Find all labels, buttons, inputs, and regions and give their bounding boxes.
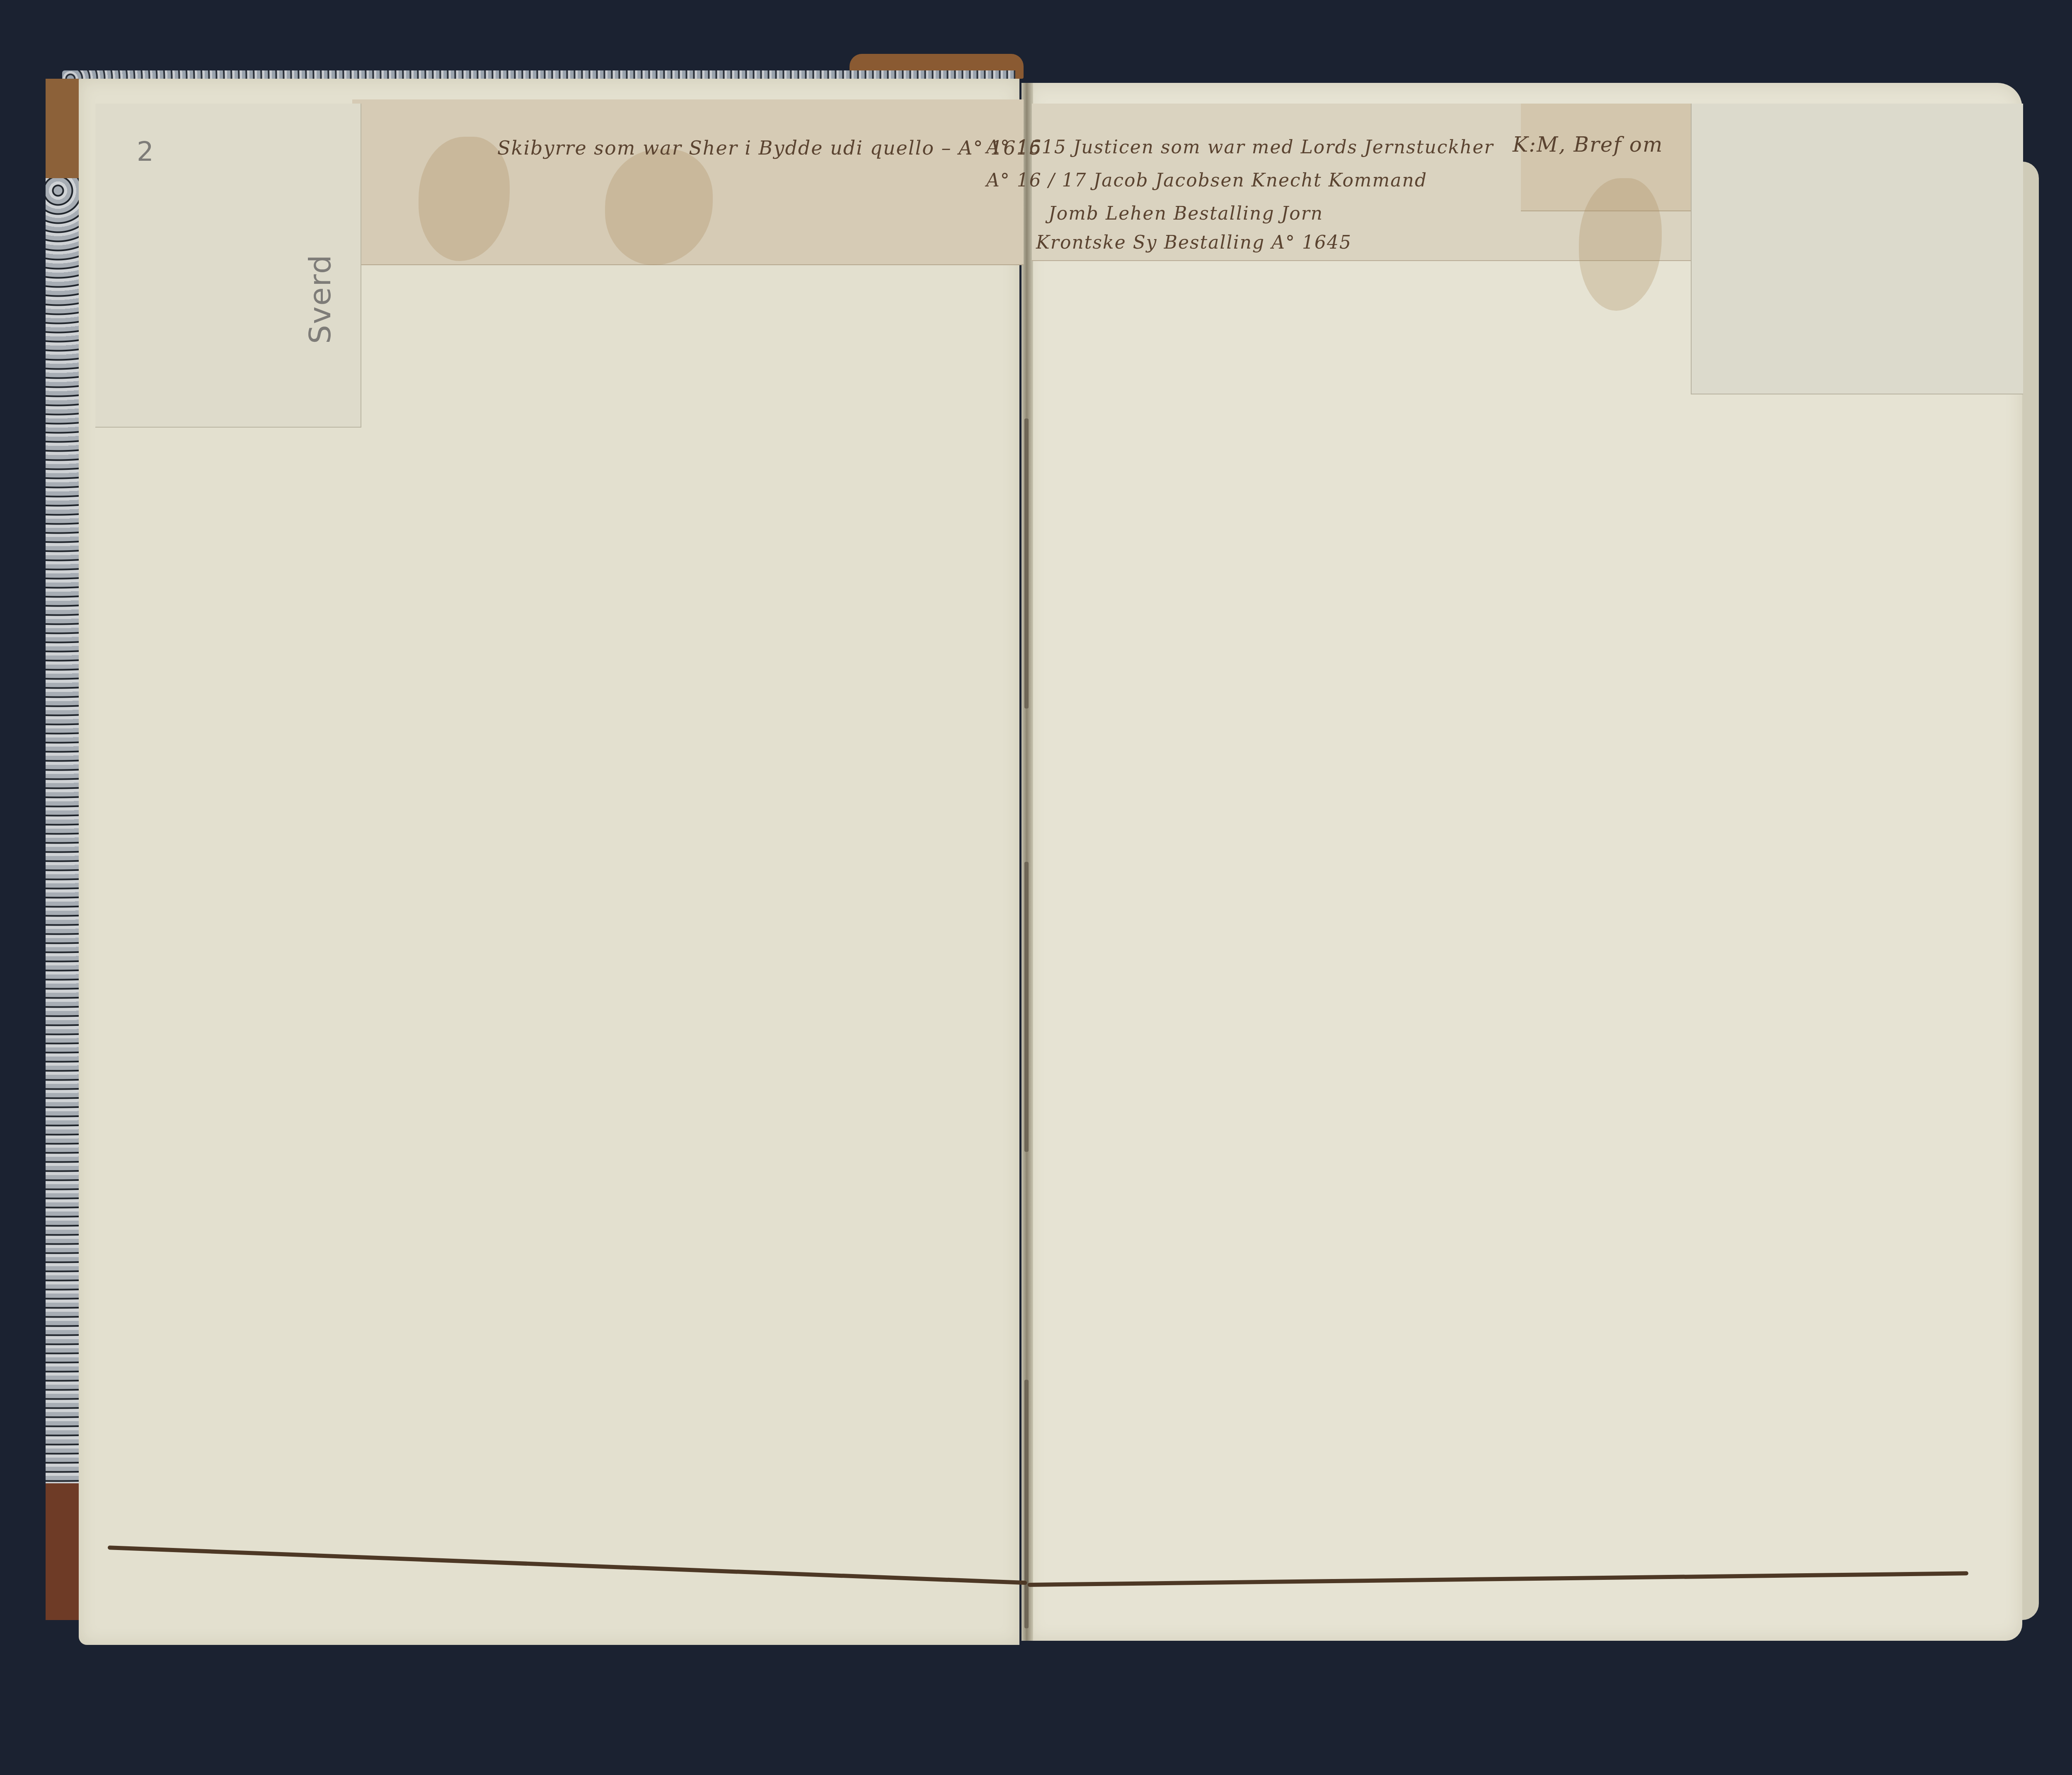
handwritten-line-left: Skibyrre som war Sher i Bydde udi quello…	[497, 137, 1042, 159]
paper-tab-right	[1691, 104, 2023, 394]
handwritten-line-right-3: Jomb Lehen Bestalling Jorn	[1048, 203, 1323, 224]
book: 2 Sverd Skibyrre som war Sher i Bydde ud…	[46, 54, 2035, 1670]
leather-corner-top-left	[46, 79, 79, 186]
marbled-cover-left-edge	[46, 178, 79, 1504]
handwritten-line-right-2: A° 16 / 17 Jacob Jacobsen Knecht Kommand	[986, 170, 1427, 191]
pencil-vertical-note: Sverd	[303, 254, 337, 344]
binding-stitch	[1024, 418, 1029, 709]
binding-stitch	[1024, 862, 1029, 1152]
leather-corner-bottom-left	[46, 1483, 79, 1620]
handwritten-margin-note: K:M, Bref om	[1513, 133, 1663, 157]
pencil-page-number: 2	[137, 137, 155, 167]
binding-stitch	[1024, 1380, 1029, 1628]
handwritten-line-right-4: Krontske Sy Bestalling A° 1645	[1036, 232, 1352, 253]
handwritten-line-right-1: A° 1615 Justicen som war med Lords Jerns…	[986, 137, 1494, 158]
